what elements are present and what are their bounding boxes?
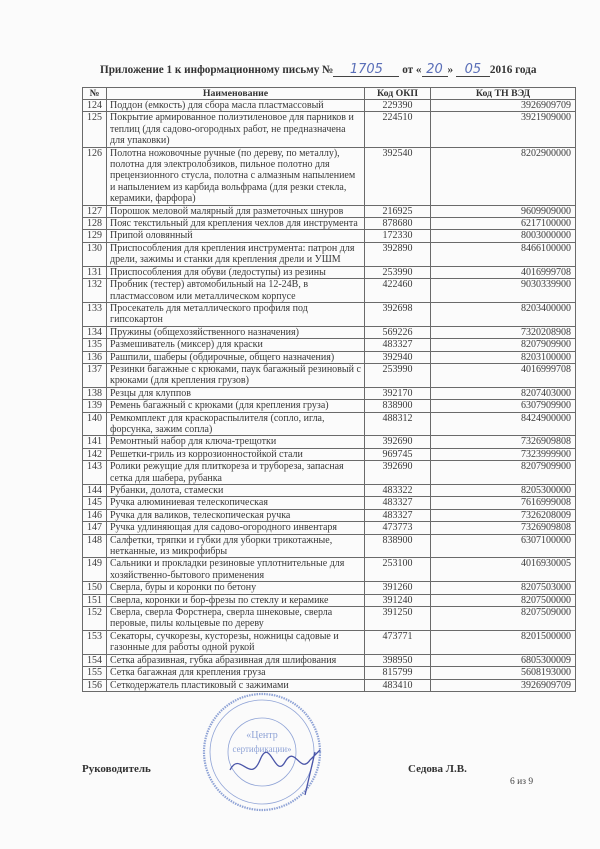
signatory-name: Седова Л.В. [408,763,467,775]
table-row: 147Ручка удлиняющая для садово-огородног… [83,522,576,534]
row-number: 148 [83,534,107,558]
position-label: Руководитель [82,763,151,775]
table-row: 129Припой оловянный1723308003000000 [83,230,576,242]
column-header-number: № [83,88,107,100]
row-tnved-code: 8203400000 [431,302,576,326]
row-tnved-code: 8207509000 [431,607,576,631]
column-header-name: Наименование [107,88,365,100]
row-name: Пробник (тестер) автомобильный на 12-24В… [107,279,365,303]
heading-prefix: Приложение 1 к информационному письму № [100,64,333,76]
row-okp-code: 488312 [365,412,431,436]
row-okp-code: 838900 [365,534,431,558]
row-name: Сверла, сверла Форстнера, сверла шнековы… [107,607,365,631]
row-tnved-code: 7323999900 [431,448,576,460]
row-tnved-code: 8003000000 [431,230,576,242]
row-number: 140 [83,412,107,436]
table-row: 130Приспособления для крепления инструме… [83,242,576,266]
row-name: Ручка для валиков, телескопическая ручка [107,509,365,521]
row-name: Сверла, коронки и бор-фрезы по стеклу и … [107,594,365,606]
letter-number: 1705 [333,64,399,77]
row-tnved-code: 6307100000 [431,534,576,558]
row-okp-code: 224510 [365,112,431,147]
table-row: 146Ручка для валиков, телескопическая ру… [83,509,576,521]
row-okp-code: 838900 [365,400,431,412]
row-number: 149 [83,558,107,582]
row-okp-code: 391240 [365,594,431,606]
row-name: Сетка багажная для крепления груза [107,667,365,679]
row-name: Приспособления для крепления инструмента… [107,242,365,266]
row-okp-code: 391250 [365,607,431,631]
row-tnved-code: 8202900000 [431,147,576,205]
table-row: 126Полотна ножовочные ручные (по дереву,… [83,147,576,205]
row-name: Рашпили, шаберы (обдирочные, общего назн… [107,351,365,363]
stamp-text-line1: «Центр [246,730,278,741]
row-okp-code: 253100 [365,558,431,582]
table-row: 139Ремень багажный с крюками (для крепле… [83,400,576,412]
table-row: 145Ручка алюминиевая телескопическая4833… [83,497,576,509]
row-number: 129 [83,230,107,242]
row-okp-code: 253990 [365,363,431,387]
row-okp-code: 815799 [365,667,431,679]
row-tnved-code: 6307909900 [431,400,576,412]
table-row: 153Секаторы, сучкорезы, кусторезы, ножни… [83,630,576,654]
row-tnved-code: 5608193000 [431,667,576,679]
letter-day: 20 [422,64,448,77]
row-okp-code: 473773 [365,522,431,534]
row-number: 128 [83,218,107,230]
row-number: 124 [83,100,107,112]
row-number: 155 [83,667,107,679]
row-number: 146 [83,509,107,521]
row-okp-code: 216925 [365,205,431,217]
row-number: 130 [83,242,107,266]
row-tnved-code: 9030339900 [431,279,576,303]
row-number: 154 [83,654,107,666]
row-tnved-code: 8203100000 [431,351,576,363]
row-name: Сальники и прокладки резиновые уплотните… [107,558,365,582]
row-tnved-code: 4016999708 [431,363,576,387]
row-tnved-code: 8207403000 [431,387,576,399]
row-okp-code: 253990 [365,266,431,278]
row-tnved-code: 8466100000 [431,242,576,266]
table-body: 124Поддон (емкость) для сбора масла плас… [83,100,576,692]
table-row: 148Салфетки, тряпки и губки для уборки т… [83,534,576,558]
row-number: 131 [83,266,107,278]
document-heading: Приложение 1 к информационному письму №1… [100,64,580,77]
row-name: Покрытие армированное полиэтиленовое для… [107,112,365,147]
table-header-row: № Наименование Код ОКП Код ТН ВЭД [83,88,576,100]
row-okp-code: 391260 [365,582,431,594]
row-name: Салфетки, тряпки и губки для уборки трик… [107,534,365,558]
row-name: Ролики режущие для плиткореза и труборез… [107,461,365,485]
document-page: Приложение 1 к информационному письму №1… [0,0,600,849]
table-row: 125Покрытие армированное полиэтиленовое … [83,112,576,147]
row-tnved-code: 3921909000 [431,112,576,147]
row-okp-code: 483410 [365,679,431,691]
row-name: Припой оловянный [107,230,365,242]
row-number: 136 [83,351,107,363]
row-name: Приспособления для обуви (ледоступы) из … [107,266,365,278]
row-okp-code: 229390 [365,100,431,112]
row-okp-code: 483327 [365,339,431,351]
table-row: 150Сверла, буры и коронки по бетону39126… [83,582,576,594]
table-row: 136Рашпили, шаберы (обдирочные, общего н… [83,351,576,363]
row-number: 137 [83,363,107,387]
row-name: Сеткодержатель пластиковый с зажимами [107,679,365,691]
product-codes-table: № Наименование Код ОКП Код ТН ВЭД 124Под… [82,87,576,692]
row-number: 134 [83,326,107,338]
row-tnved-code: 6217100000 [431,218,576,230]
table-row: 141Ремонтный набор для ключа-трещотки392… [83,436,576,448]
column-header-okp: Код ОКП [365,88,431,100]
row-name: Пояс текстильный для крепления чехлов дл… [107,218,365,230]
table-row: 135Размешиватель (миксер) для краски4833… [83,339,576,351]
row-okp-code: 398950 [365,654,431,666]
row-tnved-code: 9609909000 [431,205,576,217]
table-row: 124Поддон (емкость) для сбора масла плас… [83,100,576,112]
row-name: Полотна ножовочные ручные (по дереву, по… [107,147,365,205]
row-name: Секаторы, сучкорезы, кусторезы, ножницы … [107,630,365,654]
row-number: 138 [83,387,107,399]
row-tnved-code: 3926909709 [431,100,576,112]
table-row: 128Пояс текстильный для крепления чехлов… [83,218,576,230]
row-number: 144 [83,485,107,497]
stamp-text-line2: сертификации» [232,744,291,754]
row-number: 132 [83,279,107,303]
row-tnved-code: 4016999708 [431,266,576,278]
signature-scribble [230,750,320,795]
table-row: 133Просекатель для металлического профил… [83,302,576,326]
row-number: 152 [83,607,107,631]
row-name: Размешиватель (миксер) для краски [107,339,365,351]
row-tnved-code: 8205300000 [431,485,576,497]
row-okp-code: 422460 [365,279,431,303]
row-number: 151 [83,594,107,606]
row-tnved-code: 7320208908 [431,326,576,338]
table-row: 137Резинки багажные с крюками, паук бага… [83,363,576,387]
row-okp-code: 473771 [365,630,431,654]
row-name: Ручка алюминиевая телескопическая [107,497,365,509]
table-row: 155Сетка багажная для крепления груза815… [83,667,576,679]
row-okp-code: 483327 [365,509,431,521]
table-row: 131Приспособления для обуви (ледоступы) … [83,266,576,278]
row-tnved-code: 7616999008 [431,497,576,509]
row-number: 139 [83,400,107,412]
heading-from-label: от « [402,64,421,76]
letter-month: 05 [456,64,490,77]
row-name: Резинки багажные с крюками, паук багажны… [107,363,365,387]
row-name: Сетка абразивная, губка абразивная для ш… [107,654,365,666]
row-number: 135 [83,339,107,351]
row-number: 125 [83,112,107,147]
row-okp-code: 392940 [365,351,431,363]
row-tnved-code: 8424900000 [431,412,576,436]
row-name: Ручка удлиняющая для садово-огородного и… [107,522,365,534]
row-tnved-code: 7326909808 [431,436,576,448]
table-row: 143Ролики режущие для плиткореза и трубо… [83,461,576,485]
row-number: 133 [83,302,107,326]
row-tnved-code: 4016930005 [431,558,576,582]
row-number: 143 [83,461,107,485]
column-header-tnved: Код ТН ВЭД [431,88,576,100]
row-number: 141 [83,436,107,448]
row-tnved-code: 3926909709 [431,679,576,691]
row-name: Порошок меловой малярный для разметочных… [107,205,365,217]
row-tnved-code: 6805300009 [431,654,576,666]
row-okp-code: 392890 [365,242,431,266]
row-name: Ремень багажный с крюками (для крепления… [107,400,365,412]
row-number: 150 [83,582,107,594]
heading-day-close: » [448,64,454,76]
row-okp-code: 392698 [365,302,431,326]
row-number: 147 [83,522,107,534]
row-number: 127 [83,205,107,217]
row-name: Рубанки, долота, стамески [107,485,365,497]
row-number: 145 [83,497,107,509]
table-row: 149Сальники и прокладки резиновые уплотн… [83,558,576,582]
row-name: Резцы для клуппов [107,387,365,399]
row-okp-code: 483327 [365,497,431,509]
row-tnved-code: 7326208009 [431,509,576,521]
row-number: 126 [83,147,107,205]
row-name: Решетки-гриль из коррозионностойкой стал… [107,448,365,460]
table-row: 144Рубанки, долота, стамески483322820530… [83,485,576,497]
row-okp-code: 969745 [365,448,431,460]
table-row: 142Решетки-гриль из коррозионностойкой с… [83,448,576,460]
row-okp-code: 878680 [365,218,431,230]
row-okp-code: 392170 [365,387,431,399]
row-okp-code: 392690 [365,461,431,485]
row-okp-code: 392690 [365,436,431,448]
table-row: 132Пробник (тестер) автомобильный на 12-… [83,279,576,303]
row-tnved-code: 8207503000 [431,582,576,594]
table-row: 134Пружины (общехозяйственного назначени… [83,326,576,338]
row-tnved-code: 8207909900 [431,461,576,485]
table-row: 127Порошок меловой малярный для разметоч… [83,205,576,217]
row-tnved-code: 8207909900 [431,339,576,351]
row-number: 142 [83,448,107,460]
row-tnved-code: 8207500000 [431,594,576,606]
row-name: Сверла, буры и коронки по бетону [107,582,365,594]
row-tnved-code: 8201500000 [431,630,576,654]
table-row: 152Сверла, сверла Форстнера, сверла шнек… [83,607,576,631]
row-tnved-code: 7326909808 [431,522,576,534]
row-number: 153 [83,630,107,654]
heading-year: 2016 года [490,64,537,76]
row-name: Ремкомплект для краскораспылителя (сопло… [107,412,365,436]
row-name: Поддон (емкость) для сбора масла пластма… [107,100,365,112]
table-row: 154Сетка абразивная, губка абразивная дл… [83,654,576,666]
row-name: Просекатель для металлического профиля п… [107,302,365,326]
page-indicator: 6 из 9 [510,777,533,787]
row-number: 156 [83,679,107,691]
table-row: 138Резцы для клуппов3921708207403000 [83,387,576,399]
table-row: 140Ремкомплект для краскораспылителя (со… [83,412,576,436]
certification-stamp: «Центр сертификации» [200,690,330,820]
row-okp-code: 483322 [365,485,431,497]
row-okp-code: 172330 [365,230,431,242]
table-row: 156Сеткодержатель пластиковый с зажимами… [83,679,576,691]
row-name: Пружины (общехозяйственного назначения) [107,326,365,338]
row-name: Ремонтный набор для ключа-трещотки [107,436,365,448]
row-okp-code: 569226 [365,326,431,338]
row-okp-code: 392540 [365,147,431,205]
table-row: 151Сверла, коронки и бор-фрезы по стеклу… [83,594,576,606]
